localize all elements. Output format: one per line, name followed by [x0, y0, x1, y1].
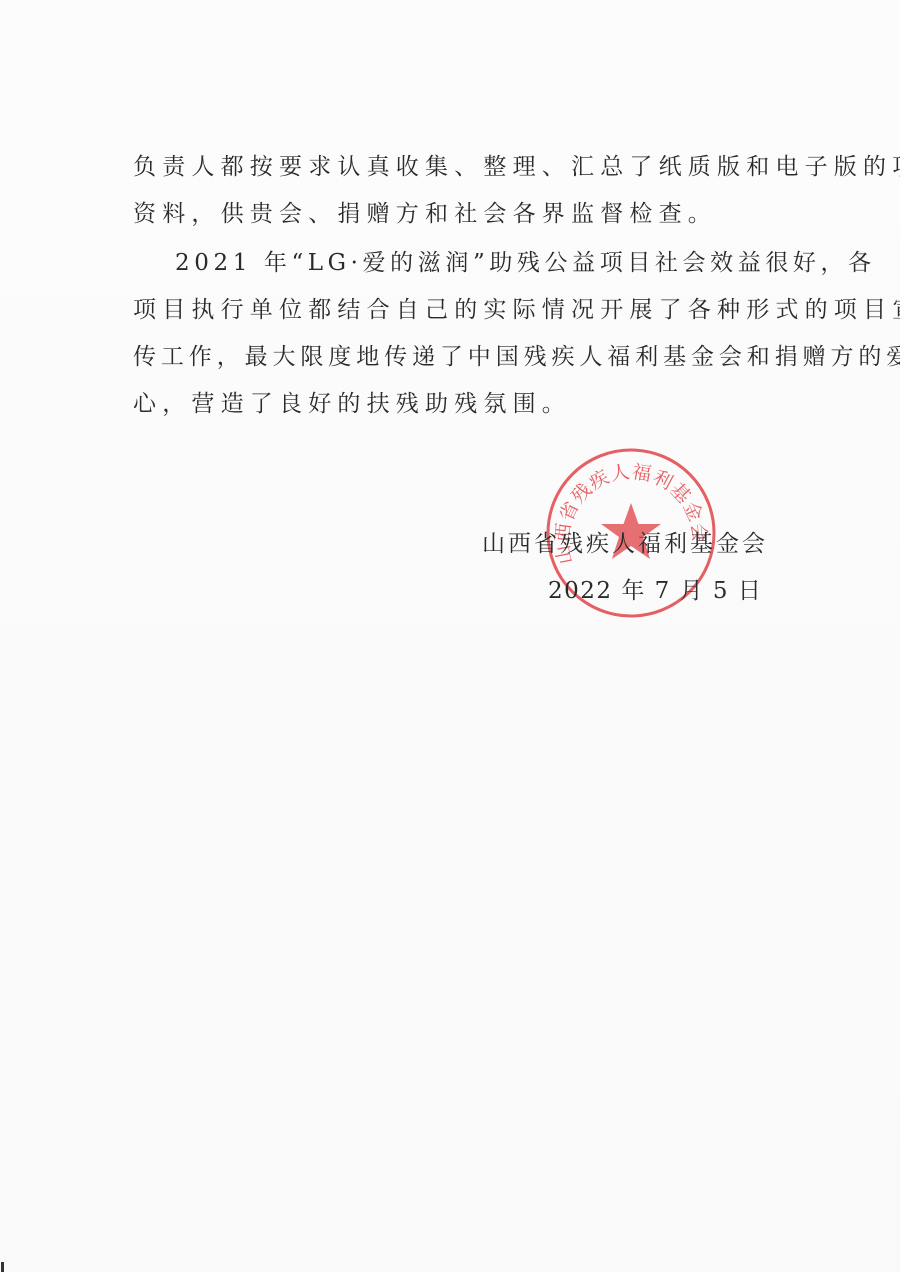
signature-organization: 山西省残疾人福利基金会	[482, 529, 768, 559]
paragraph-1-line-1: 负责人都按要求认真收集、整理、汇总了纸质版和电子版的项目	[133, 152, 900, 182]
signature-date: 2022 年 7 月 5 日	[548, 576, 762, 606]
scan-edge-mark	[1, 1262, 4, 1272]
paragraph-2-line-1: 2021 年“LG·爱的滋润”助残公益项目社会效益很好，各	[175, 248, 876, 278]
paragraph-2-line-2: 项目执行单位都结合自己的实际情况开展了各种形式的项目宣	[133, 295, 900, 325]
paragraph-2-line-3: 传工作，最大限度地传递了中国残疾人福利基金会和捐赠方的爱	[133, 342, 900, 372]
paragraph-2-line-4: 心，营造了良好的扶残助残氛围。	[133, 389, 571, 419]
document-page: 负责人都按要求认真收集、整理、汇总了纸质版和电子版的项目 资料，供贵会、捐赠方和…	[0, 0, 900, 1272]
paragraph-1-line-2: 资料，供贵会、捐赠方和社会各界监督检查。	[133, 199, 717, 229]
